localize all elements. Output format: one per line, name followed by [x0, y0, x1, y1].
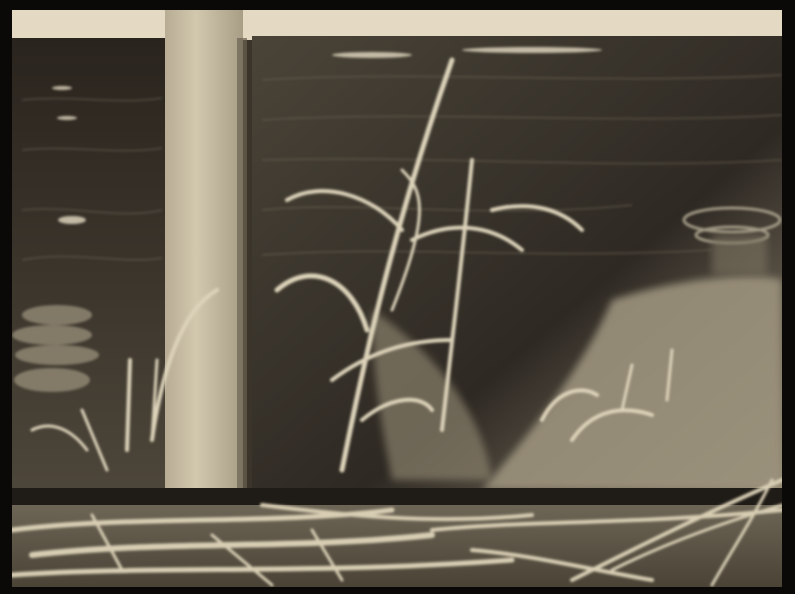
sepia-photograph	[12, 10, 782, 587]
photo-frame	[0, 0, 795, 594]
vertical-post	[165, 10, 243, 510]
top-board-edge	[12, 10, 782, 40]
photo-scene	[12, 10, 782, 587]
